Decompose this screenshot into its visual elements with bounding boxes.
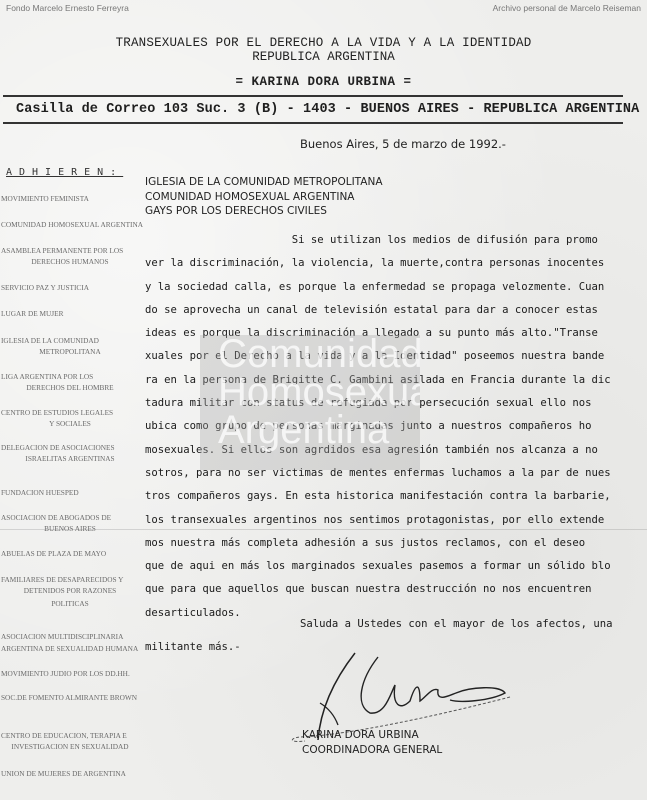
adherent-name: CENTRO DE ESTUDIOS LEGALES — [1, 408, 113, 417]
adherent-name: LUGAR DE MUJER — [1, 309, 63, 318]
adherent-name: ABUELAS DE PLAZA DE MAYO — [1, 549, 106, 558]
watermark: Comunidad Homosexual Argentina — [200, 335, 420, 470]
adherent-item: LUGAR DE MUJER — [1, 308, 139, 319]
body-line: mos nuestra más completa adhesión a sus … — [145, 532, 645, 555]
closing-line-2: militante más.- — [145, 641, 241, 653]
adherent-item: ABUELAS DE PLAZA DE MAYO — [1, 548, 139, 559]
adherent-item: COMUNIDAD HOMOSEXUAL ARGENTINA — [1, 219, 139, 230]
adherent-name-cont: DERECHOS DEL HOMBRE — [1, 382, 139, 393]
adherent-name: CENTRO DE EDUCACION, TERAPIA E — [1, 731, 127, 740]
letterhead-address: Casilla de Correo 103 Suc. 3 (B) - 1403 … — [16, 102, 639, 117]
signatory-name: KARINA DORA URBINA — [302, 728, 442, 743]
adherent-item: MOVIMIENTO JUDIO POR LOS DD.HH. — [1, 668, 139, 679]
adherent-name: DELEGACION DE ASOCIACIONES — [1, 443, 115, 452]
adherent-item: DELEGACION DE ASOCIACIONESISRAELITAS ARG… — [1, 442, 139, 464]
adherent-name: ARGENTINA DE SEXUALIDAD HUMANA — [1, 644, 138, 653]
recipient: IGLESIA DE LA COMUNIDAD METROPOLITANA — [145, 175, 383, 190]
letterhead-country: REPUBLICA ARGENTINA — [0, 50, 647, 64]
adherent-item: CENTRO DE ESTUDIOS LEGALESY SOCIALES — [1, 407, 139, 429]
adherent-name-cont: POLITICAS — [1, 598, 139, 609]
body-line: Si se utilizan los medios de difusión pa… — [145, 229, 645, 252]
adherent-name: LIGA ARGENTINA POR LOS — [1, 372, 93, 381]
adherent-item: SOC.DE FOMENTO ALMIRANTE BROWN — [1, 692, 139, 703]
adherent-name-cont: METROPOLITANA — [1, 346, 139, 357]
letterhead-name: = KARINA DORA URBINA = — [0, 75, 647, 89]
adherent-item: FUNDACION HUESPED — [1, 487, 139, 498]
adherent-name: UNION DE MUJERES DE ARGENTINA — [1, 769, 126, 778]
adherent-item: SERVICIO PAZ Y JUSTICIA — [1, 282, 139, 293]
body-line: tros compañeros gays. En esta historica … — [145, 485, 645, 508]
adherent-name: MOVIMIENTO FEMINISTA — [1, 194, 89, 203]
rule-top — [3, 95, 623, 97]
paper-fold — [0, 529, 647, 530]
body-line: ver la discriminación, la violencia, la … — [145, 252, 645, 275]
adherent-name: SERVICIO PAZ Y JUSTICIA — [1, 283, 89, 292]
adherent-name-cont: Y SOCIALES — [1, 418, 139, 429]
adherent-name: COMUNIDAD HOMOSEXUAL ARGENTINA — [1, 220, 143, 229]
watermark-line: Argentina — [200, 411, 420, 449]
adherent-item: UNION DE MUJERES DE ARGENTINA — [1, 768, 139, 779]
letter-date: Buenos Aires, 5 de marzo de 1992.- — [300, 137, 506, 151]
adherent-name-cont: INVESTIGACION EN SEXUALIDAD — [1, 741, 139, 752]
adherent-name: ASAMBLEA PERMANENTE POR LOS — [1, 246, 123, 255]
adherent-item: CENTRO DE EDUCACION, TERAPIA EINVESTIGAC… — [1, 730, 139, 752]
watermark-line: Homosexual — [200, 373, 420, 411]
letterhead-organization: TRANSEXUALES POR EL DERECHO A LA VIDA Y … — [0, 36, 647, 50]
adherent-name: ASOCIACION MULTIDISCIPLINARIA — [1, 632, 123, 641]
archive-label-right: Archivo personal de Marcelo Reiseman — [493, 3, 641, 13]
adherent-item: LIGA ARGENTINA POR LOSDERECHOS DEL HOMBR… — [1, 371, 139, 393]
sidebar-heading: ADHIEREN: — [6, 167, 123, 178]
adherent-name: ASOCIACION DE ABOGADOS DE — [1, 513, 111, 522]
rule-bottom — [3, 122, 623, 124]
body-line: que de aqui en más los marginados sexual… — [145, 555, 645, 578]
closing-line: Saluda a Ustedes con el mayor de los afe… — [300, 618, 613, 630]
adherent-item: IGLESIA DE LA COMUNIDADMETROPOLITANA — [1, 335, 139, 357]
adherent-item: ASOCIACION DE ABOGADOS DEBUENOS AIRES — [1, 512, 139, 534]
body-line: y la sociedad calla, es porque la enferm… — [145, 276, 645, 299]
body-line: do se aprovecha un canal de televisión e… — [145, 299, 645, 322]
adherent-name: SOC.DE FOMENTO ALMIRANTE BROWN — [1, 693, 137, 702]
archive-label-left: Fondo Marcelo Ernesto Ferreyra — [6, 3, 129, 13]
adherent-item: FAMILIARES DE DESAPARECIDOS YDETENIDOS P… — [1, 574, 139, 596]
adherent-name: FUNDACION HUESPED — [1, 488, 79, 497]
adherent-name-cont: ISRAELITAS ARGENTINAS — [1, 453, 139, 464]
adherent-name: MOVIMIENTO JUDIO POR LOS DD.HH. — [1, 669, 130, 678]
adherent-name: FAMILIARES DE DESAPARECIDOS Y — [1, 575, 123, 584]
recipient: GAYS POR LOS DERECHOS CIVILES — [145, 204, 383, 219]
recipient: COMUNIDAD HOMOSEXUAL ARGENTINA — [145, 190, 383, 205]
signatory: KARINA DORA URBINA COORDINADORA GENERAL — [302, 728, 442, 758]
adherent-item: POLITICAS — [1, 598, 139, 609]
adherent-name-cont: DETENIDOS POR RAZONES — [1, 585, 139, 596]
body-line: que para que aquellos que buscan nuestra… — [145, 578, 645, 601]
adherent-name: IGLESIA DE LA COMUNIDAD — [1, 336, 99, 345]
recipients: IGLESIA DE LA COMUNIDAD METROPOLITANA CO… — [145, 175, 383, 219]
watermark-line: Comunidad — [200, 335, 420, 373]
adherent-name-cont: DERECHOS HUMANOS — [1, 256, 139, 267]
adherent-item: ASOCIACION MULTIDISCIPLINARIA — [1, 631, 139, 642]
adherent-item: ASAMBLEA PERMANENTE POR LOSDERECHOS HUMA… — [1, 245, 139, 267]
signatory-title: COORDINADORA GENERAL — [302, 743, 442, 758]
adherent-item: ARGENTINA DE SEXUALIDAD HUMANA — [1, 643, 139, 654]
adherent-item: MOVIMIENTO FEMINISTA — [1, 193, 139, 204]
